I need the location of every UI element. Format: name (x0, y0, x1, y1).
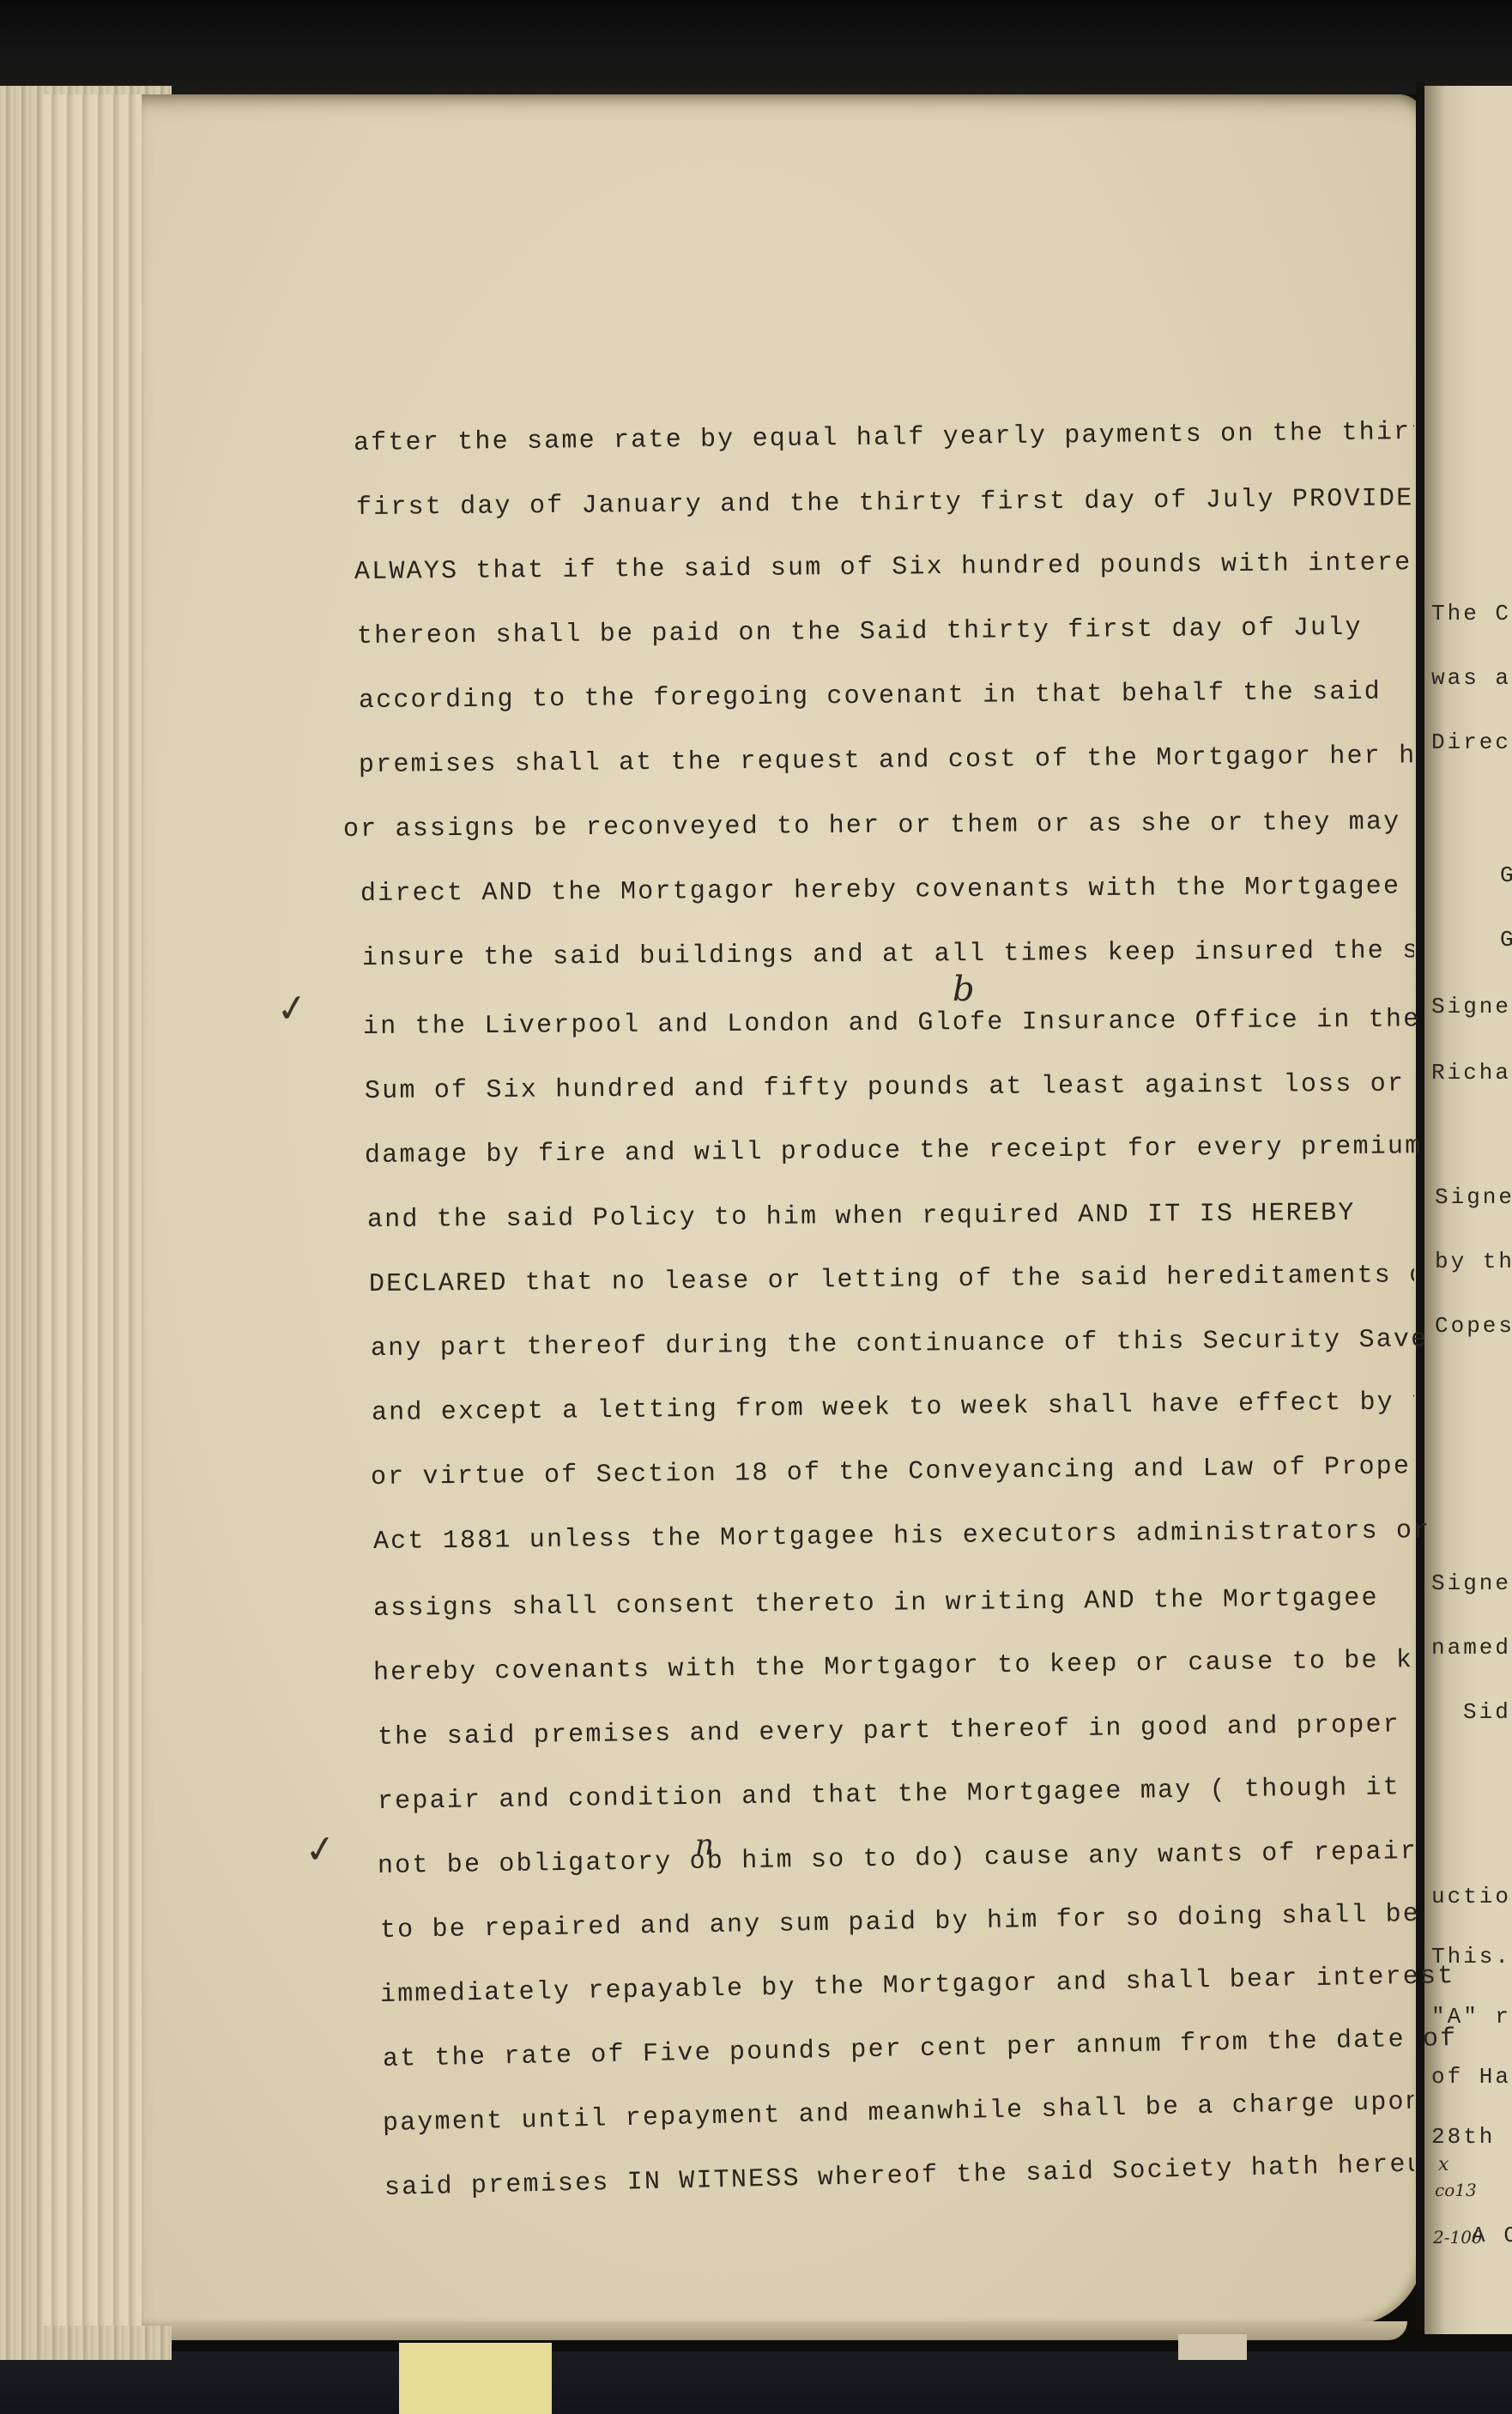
handwritten-correction: n (695, 1828, 714, 1862)
handwritten-correction: b (953, 970, 975, 1009)
facing-line: Signed s (1431, 994, 1512, 1019)
handwritten-note: x (1438, 2154, 1448, 2175)
facing-line: G (1500, 862, 1512, 888)
book-cover-top (0, 0, 1512, 94)
book-gutter (1416, 82, 1424, 2330)
facing-line: of Harry (1431, 2064, 1512, 2090)
facing-line: Signed s (1431, 1570, 1512, 1596)
facing-line: Signed (1435, 1184, 1512, 1210)
facing-line: The Comm (1431, 601, 1512, 626)
bookmark-slip[interactable] (399, 2343, 552, 2414)
margin-check-icon: ✓ (302, 1826, 340, 1874)
handwritten-note: 2-100 (1433, 2227, 1483, 2248)
facing-line: Sidn (1463, 1699, 1512, 1725)
facing-line: Copest (1435, 1313, 1512, 1339)
facing-line: named F (1431, 1635, 1512, 1661)
facing-line: uctionee (1431, 1884, 1512, 1909)
facing-line: 28th day (1431, 2124, 1512, 2150)
facing-line: Richard (1431, 1060, 1512, 1086)
page-stack-edges (43, 94, 154, 2326)
facing-line: by the (1435, 1249, 1512, 1274)
facing-line: Director (1431, 729, 1512, 755)
facing-line: G (1500, 927, 1512, 953)
facing-line: This.is (1431, 1944, 1512, 1969)
page-tab (1178, 2334, 1247, 2360)
facing-line: "A" refe (1431, 2004, 1512, 2030)
facing-page (1424, 86, 1512, 2334)
book-cover-bottom (0, 2351, 1512, 2414)
facing-line: was affi (1431, 665, 1512, 691)
margin-check-icon: ✓ (274, 985, 311, 1033)
handwritten-note: co13 (1435, 2180, 1477, 2200)
